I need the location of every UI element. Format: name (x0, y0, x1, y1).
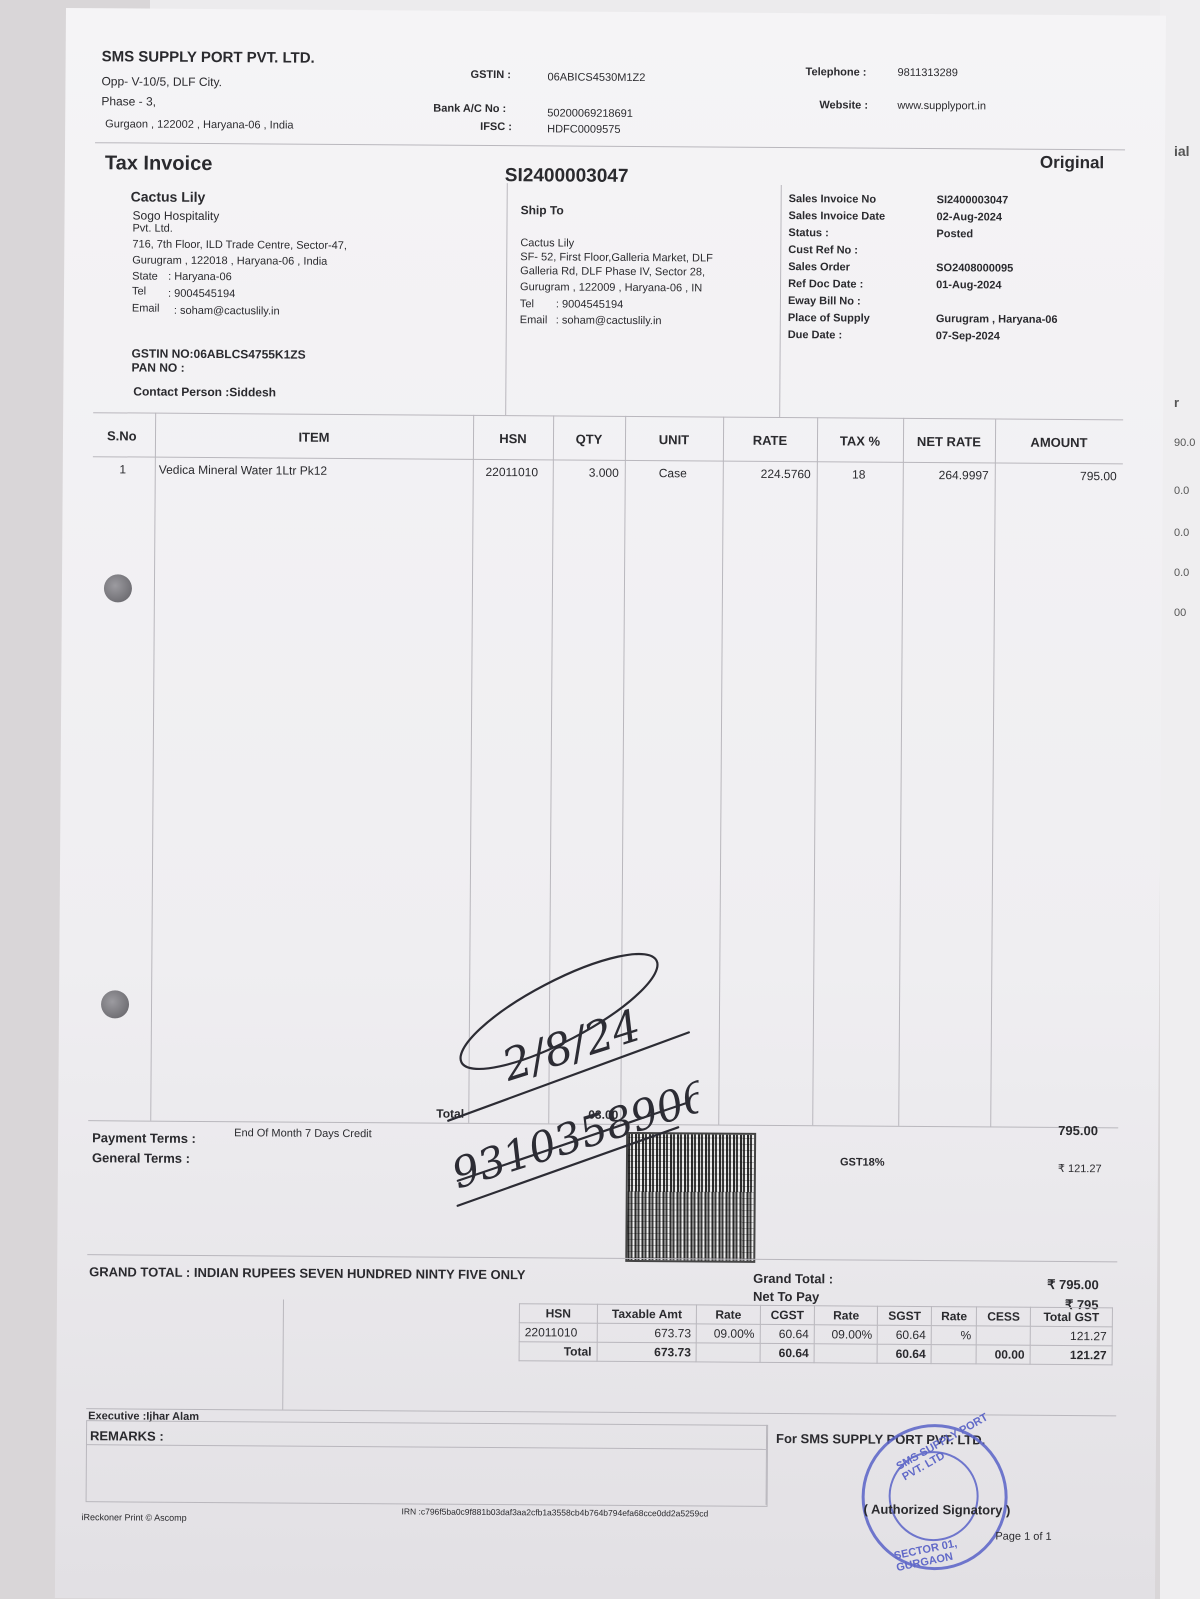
print-credit: iReckoner Print © Ascomp (81, 1512, 186, 1523)
bill-to-state-label: State (132, 270, 158, 282)
column-header: ITEM (155, 429, 473, 446)
gstin-label: GSTIN : (471, 69, 511, 81)
meta-label: Ref Doc Date : (788, 278, 863, 291)
ship-to-line: Galleria Rd, DLF Phase IV, Sector 28, (520, 265, 705, 278)
meta-label: Cust Ref No : (788, 244, 858, 256)
column-rule (548, 415, 554, 1123)
document-title: Tax Invoice (105, 152, 213, 176)
telephone: 9811313289 (898, 67, 958, 79)
table-cell: Vedica Mineral Water 1Ltr Pk12 (159, 463, 467, 479)
meta-label: Eway Bill No : (788, 295, 861, 308)
website: www.supplyport.in (897, 100, 986, 113)
table-cell: 795.00 (999, 469, 1117, 484)
bill-to-tel-label: Tel (132, 285, 146, 297)
copy-type: Original (1040, 153, 1104, 173)
meta-label: Sales Invoice No (789, 193, 877, 206)
gst-label: GST18% (840, 1156, 885, 1168)
column-rule (620, 416, 626, 1124)
edge-fragment: 0.0 (1174, 527, 1189, 539)
table-cell: 224.5760 (727, 467, 811, 482)
column-header: UNIT (625, 432, 723, 448)
ship-to-heading: Ship To (521, 203, 564, 217)
page-number: Page 1 of 1 (995, 1531, 1051, 1543)
column-rule (718, 417, 724, 1125)
company-stamp: SMS SUPPLY PORT PVT. LTD SECTOR 01, GURG… (861, 1424, 1008, 1571)
gst-total-row: Total673.7360.6460.6400.00121.27 (519, 1342, 1112, 1365)
gst-cell: 09.00% (814, 1325, 878, 1344)
seller-name: SMS SUPPLY PORT PVT. LTD. (102, 48, 315, 66)
bill-to-state: : Haryana-06 (168, 271, 232, 283)
bank-account: 50200069218691 (547, 107, 633, 120)
column-rule (150, 413, 156, 1121)
divider (86, 1408, 1116, 1416)
grand-total-words: GRAND TOTAL : INDIAN RUPEES SEVEN HUNDRE… (89, 1264, 525, 1282)
gst-column-header: Taxable Amt (597, 1304, 697, 1324)
ship-to-line: Gurugram , 122009 , Haryana-06 , IN (520, 281, 702, 294)
bank-label: Bank A/C No : (433, 103, 506, 116)
total-label: Total (436, 1107, 464, 1121)
bill-to-tel: : 9004545194 (168, 288, 235, 300)
punch-hole (101, 990, 129, 1018)
ship-to-tel: : 9004545194 (556, 298, 623, 310)
telephone-label: Telephone : (806, 66, 867, 78)
meta-value: Posted (936, 228, 973, 240)
bill-to-gstin: GSTIN NO:06ABLCS4755K1ZS (132, 346, 306, 361)
gst-cell: 60.64 (878, 1325, 932, 1344)
edge-fragment: 0.0 (1174, 567, 1189, 579)
column-header: QTY (553, 431, 625, 447)
gst-total-cell: 60.64 (878, 1344, 932, 1363)
edge-fragment: 0.0 (1174, 485, 1189, 497)
table-cell: 3.000 (557, 465, 619, 479)
bill-to-line: Pvt. Ltd. (132, 222, 172, 234)
grand-total-value: ₹ 795.00 (1047, 1277, 1099, 1293)
meta-value: Gurugram , Haryana-06 (936, 313, 1058, 326)
column-header: HSN (473, 431, 553, 447)
bill-to-email-label: Email (132, 302, 160, 314)
handwritten-date: 2/8/24 (495, 1000, 646, 1092)
gst-total-cell (931, 1345, 977, 1364)
gst-total-cell: Total (519, 1342, 597, 1362)
meta-label: Sales Order (788, 261, 850, 273)
gst-column-header: Rate (931, 1307, 977, 1326)
punch-hole (104, 574, 132, 602)
irn: IRN :c796f5ba0c9f881b03daf3aa2cfb1a3558c… (401, 1506, 708, 1518)
bill-to-line: 716, 7th Floor, ILD Trade Centre, Sector… (132, 238, 347, 251)
gst-column-header: HSN (519, 1304, 597, 1324)
ship-to-name: Cactus Lily (520, 237, 574, 249)
total-amount: 795.00 (1058, 1123, 1098, 1138)
gst-cell (977, 1326, 1031, 1345)
gst-total-cell: 121.27 (1030, 1345, 1112, 1365)
edge-fragment: r (1174, 395, 1179, 410)
gst-cell: 673.73 (597, 1323, 697, 1343)
gst-total-cell (696, 1343, 760, 1362)
table-cell: 18 (821, 467, 897, 482)
bill-to-line: Gurugram , 122018 , Haryana-06 , India (132, 254, 327, 267)
gst-cell: 09.00% (696, 1324, 760, 1343)
contact-person: Contact Person :Siddesh (133, 384, 276, 399)
column-header: AMOUNT (995, 434, 1123, 450)
adjacent-page-edge: ial r 90.0 0.0 0.0 0.0 00 (1160, 0, 1200, 1599)
column-header: NET RATE (903, 434, 995, 450)
divider (87, 1254, 1117, 1262)
seller-gstin: 06ABICS4530M1Z2 (547, 71, 645, 84)
ifsc-label: IFSC : (480, 121, 512, 133)
column-rule (468, 415, 474, 1123)
authorized-signatory: ( Authorized Signatory ) (863, 1502, 1010, 1518)
gst-column-header: Total GST (1030, 1307, 1112, 1327)
gst-total-cell (814, 1344, 878, 1363)
invoice-number: SI2400003047 (505, 165, 629, 188)
bill-to-pan: PAN NO : (131, 360, 184, 374)
payment-terms-label: Payment Terms : (92, 1130, 196, 1146)
general-terms-label: General Terms : (92, 1150, 190, 1166)
edge-fragment: 00 (1174, 607, 1186, 619)
grand-total-label: Grand Total : (753, 1271, 833, 1287)
seller-address-line: Opp- V-10/5, DLF City. (101, 74, 222, 89)
gst-cell: 121.27 (1030, 1326, 1112, 1346)
ship-to-line: SF- 52, First Floor,Galleria Market, DLF (520, 251, 713, 264)
column-header: TAX % (817, 433, 903, 449)
website-label: Website : (819, 99, 868, 111)
table-top-rule (93, 412, 1123, 420)
column-rule (990, 418, 996, 1126)
table-cell: 1 (97, 462, 149, 476)
edge-fragment: ial (1174, 143, 1190, 159)
gst-column-header: Rate (697, 1305, 761, 1324)
divider (95, 142, 1125, 150)
table-cell: Case (629, 466, 717, 481)
gst-cell: 60.64 (760, 1324, 815, 1343)
meta-label: Place of Supply (788, 312, 870, 325)
ifsc-code: HDFC0009575 (547, 123, 620, 136)
meta-value: 01-Aug-2024 (936, 279, 1002, 291)
ship-to-tel-label: Tel (520, 298, 534, 310)
gst-column-header: SGST (878, 1306, 932, 1325)
bill-to-name: Cactus Lily (131, 188, 206, 205)
gst-total-cell: 60.64 (760, 1343, 815, 1362)
meta-label: Status : (788, 227, 828, 239)
column-rule (812, 417, 818, 1125)
gst-total-cell: 673.73 (597, 1342, 697, 1362)
gst-column-header: Rate (814, 1306, 878, 1325)
gst-cell: 22011010 (519, 1323, 597, 1343)
bill-to-email: : soham@cactuslily.in (174, 305, 280, 318)
gst-cell: % (931, 1326, 977, 1345)
bill-to-line: Sogo Hospitality (133, 208, 220, 223)
gst-total-cell: 00.00 (976, 1345, 1030, 1364)
remarks-box (86, 1420, 769, 1507)
column-rule (898, 418, 904, 1126)
net-to-pay-label: Net To Pay (753, 1289, 819, 1304)
divider (505, 183, 508, 415)
divider (282, 1300, 284, 1410)
meta-label: Due Date : (788, 329, 842, 341)
table-cell: 22011010 (477, 465, 547, 479)
edge-fragment: 90.0 (1174, 437, 1195, 449)
meta-value: 07-Sep-2024 (936, 330, 1000, 342)
meta-value: SO2408000095 (936, 262, 1013, 275)
seller-address-line: Gurgaon , 122002 , Haryana-06 , India (105, 118, 293, 131)
gst-column-header: CESS (977, 1307, 1031, 1326)
gst-summary-table: HSNTaxable AmtRateCGSTRateSGSTRateCESSTo… (519, 1303, 1113, 1365)
payment-terms: End Of Month 7 Days Credit (234, 1127, 372, 1140)
table-cell: 264.9997 (907, 468, 989, 483)
meta-value: 02-Aug-2024 (937, 211, 1003, 223)
gst-amount: ₹ 121.27 (1058, 1162, 1102, 1175)
meta-value: SI2400003047 (937, 194, 1009, 206)
meta-label: Sales Invoice Date (789, 210, 886, 223)
gst-column-header: CGST (760, 1305, 815, 1324)
column-header: RATE (723, 433, 817, 449)
ship-to-email: : soham@cactuslily.in (556, 314, 662, 327)
qr-code (625, 1132, 756, 1263)
ship-to-email-label: Email (520, 314, 548, 326)
divider (779, 185, 782, 417)
invoice-page: SMS SUPPLY PORT PVT. LTD. Opp- V-10/5, D… (55, 8, 1166, 1599)
seller-address-line: Phase - 3, (101, 94, 156, 108)
total-quantity: 03.00 (588, 1108, 618, 1122)
